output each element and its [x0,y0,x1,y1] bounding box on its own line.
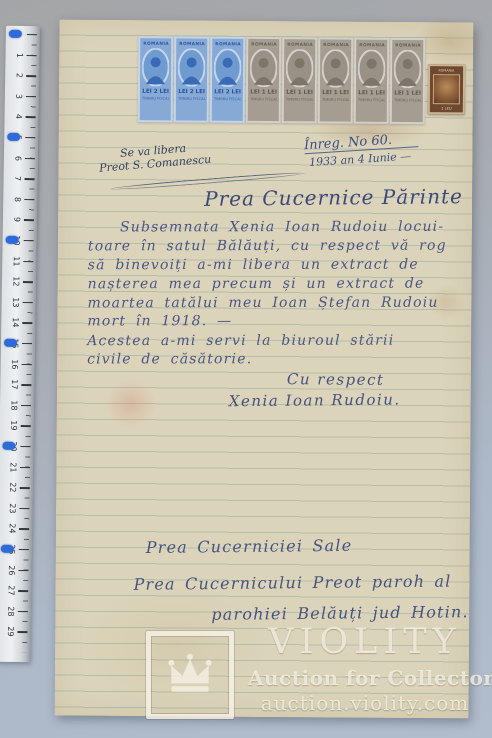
ruler-blue-marker [4,339,17,347]
stamp-country-label: ROMANIA [287,42,313,47]
portrait-icon [322,49,349,87]
watermark-brand: VIOLITY [248,623,482,662]
ruler-cm-tick [24,240,34,242]
stamp-value-label: LEI 2 LEI [214,88,241,95]
ruler-blue-marker [6,236,19,244]
stamp-value-label: LEI 1 LEI [286,89,313,96]
fiscal-stamp: ROMANIALEI 1 LEITIMBRU FISCAL [318,37,354,123]
ruler-number: 14 [11,317,20,329]
ruler-cm-tick [27,34,37,36]
body-line: nașterea mea precum și un extract de [88,276,425,293]
signature-flourish [110,171,305,192]
ruler-cm-tick [21,384,31,386]
stamp-value-label: LEI 2 LEI [178,88,205,95]
watermark-text: VIOLITY Auction for Collectors auction.v… [248,623,482,715]
ruler-cm-tick [25,137,35,139]
stamp-value-label: LEI 2 LEI [142,88,169,95]
ruler-number: 4 [14,111,23,123]
king-portrait-oval [322,49,349,87]
fiscal-stamp: ROMANIALEI 1 LEITIMBRU FISCAL [282,37,318,123]
ruler-number: 11 [12,255,21,267]
stamp-value-label: LEI 1 LEI [322,89,349,96]
ruler-number: 21 [8,461,17,473]
crown-icon [162,652,218,698]
ruler-cm-tick [26,116,36,118]
ruler-cm-tick [24,219,34,221]
clergy-approval-note: Se va libera Preot S. Comanescu [98,140,212,175]
ruler-number: 23 [8,502,17,514]
document-title: Prea Cucernice Părinte [204,184,463,211]
stamp-value-label: LEI 1 LEI [358,89,385,96]
portrait-icon [214,49,241,87]
ruler-cm-tick [25,158,35,160]
portrait-icon [250,49,277,87]
portrait-icon [394,50,421,88]
ruler-number: 16 [10,358,19,370]
body-line: Subsemnata Xenia Ioan Rudoiu locui- [120,219,444,236]
ruler-cm-tick [22,364,32,366]
fiscal-stamps-row: ROMANIALEI 2 LEITIMBRU FISCALROMANIALEI … [138,36,427,124]
ruler-number: 19 [9,420,18,432]
ruler-scale: 1234567891011121314151617181920212223242… [6,26,40,27]
ruler-cm-tick [26,75,36,77]
closing-salutation: Cu respect [287,370,385,389]
ruler-blue-marker [1,545,14,553]
ruler-cm-tick [19,528,29,530]
portrait-icon [142,48,169,86]
ruler-cm-tick [20,487,30,489]
ruler-number: 26 [7,564,16,576]
fiscal-stamp: ROMANIALEI 2 LEITIMBRU FISCAL [210,37,246,123]
address-line: parohiei Belăuți jud Hotin. [211,602,469,624]
watermark-tagline: Auction for Collectors [248,666,482,690]
ruler-number: 9 [12,214,21,226]
violity-logo-box [146,631,234,719]
fiscal-stamp: ROMANIALEI 2 LEITIMBRU FISCAL [174,36,210,122]
closing-signature: Xenia Ioan Rudoiu. [229,390,401,410]
ruler-cm-tick [23,281,33,283]
fiscal-stamp: ROMANIALEI 1 LEITIMBRU FISCAL [354,38,390,124]
ruler-number: 18 [9,399,18,411]
portrait-icon [358,50,385,88]
ruler-cm-tick [18,611,28,613]
body-line: civile de căsătorie. [87,351,252,367]
ruler-number: 8 [13,193,22,205]
document-body: Subsemnata Xenia Ioan Rudoiu locui-toare… [59,20,473,23]
address-line: Prea Cucernicului Preot paroh al [133,572,451,594]
ruler-cm-tick [17,631,27,633]
address-line: Prea Cucerniciei Sale [146,536,353,557]
postage-stamp-value: 1 LEU [441,107,451,111]
postage-stamp: ROMANIA 1 LEU [428,64,465,114]
ruler-number: 29 [6,626,15,638]
ruler-cm-tick [23,302,33,304]
ruler-number: 27 [7,585,16,597]
clergy-note-signature: Preot S. Comanescu [99,153,212,175]
ruler-number: 22 [8,482,17,494]
ruler-cm-tick [20,446,30,448]
aviator-portrait-image [433,74,460,104]
ruler-cm-tick [23,261,33,263]
ruler-number: 6 [13,152,22,164]
ruler-number: 2 [15,70,24,82]
registry-note: Înreg. No 60. 1933 an 4 Iunie — [304,131,420,169]
stamp-caption-label: TIMBRU FISCAL [358,98,386,102]
fiscal-stamp: ROMANIALEI 1 LEITIMBRU FISCAL [390,38,426,124]
body-line: mort în 1918. — [87,313,232,329]
ruler-blue-marker [2,442,15,450]
body-line: moartea tatălui meu Ioan Ștefan Rudoiu [87,295,438,312]
stamp-country-label: ROMANIA [179,41,205,46]
stamp-country-label: ROMANIA [323,42,349,47]
body-line: Acestea a-mi servi la biuroul stării [87,333,394,350]
ruler-cm-tick [19,549,29,551]
stamp-caption-label: TIMBRU FISCAL [250,97,278,101]
stamp-caption-label: TIMBRU FISCAL [394,98,422,102]
auction-photo: ROMANIALEI 2 LEITIMBRU FISCALROMANIALEI … [0,0,492,738]
ruler-number: 3 [14,90,23,102]
ruler-blue-marker [9,30,22,38]
stamp-value-label: LEI 1 LEI [250,89,277,96]
king-portrait-oval [250,49,277,87]
ruler-cm-tick [24,199,34,201]
ruler-cm-tick [21,405,31,407]
ruler-cm-tick [20,467,30,469]
ruler-cm-tick [25,178,35,180]
stamp-caption-label: TIMBRU FISCAL [322,98,350,102]
measuring-ruler: 1234567891011121314151617181920212223242… [0,26,40,662]
stamp-country-label: ROMANIA [395,43,421,48]
ruler-cm-tick [27,55,37,57]
ruler-cm-tick [26,96,36,98]
registry-date: 1933 an 4 Iunie — [309,149,420,169]
ruler-cm-tick [22,322,32,324]
ruler-number: 17 [10,379,19,391]
portrait-icon [178,48,205,86]
king-portrait-oval [286,49,313,87]
stamp-country-label: ROMANIA [359,43,385,48]
stamp-caption-label: TIMBRU FISCAL [178,97,206,101]
stamp-caption-label: TIMBRU FISCAL [214,97,242,101]
postage-stamp-country: ROMANIA [439,69,455,73]
ruler-cm-tick [22,343,32,345]
ruler-number: 1 [15,49,24,61]
body-line: toare în satul Bălăuți, cu respect vă ro… [88,238,447,255]
ruler-cm-tick [19,508,29,510]
registry-number: Înreg. No 60. [304,131,419,154]
king-portrait-oval [178,48,205,86]
watermark-url: auction.violity.com [248,691,482,715]
ruler-number: 24 [8,523,17,535]
stamp-caption-label: TIMBRU FISCAL [142,97,170,101]
king-portrait-oval [394,50,421,88]
ruler-blue-marker [7,133,20,141]
stamp-caption-label: TIMBRU FISCAL [286,98,314,102]
ruler-cm-tick [18,570,28,572]
paper-stain [105,380,157,428]
ruler-cm-tick [18,590,28,592]
ruler-number: 12 [11,276,20,288]
document-paper: ROMANIALEI 2 LEITIMBRU FISCALROMANIALEI … [55,20,474,719]
stamp-value-label: LEI 1 LEI [394,90,421,97]
ruler-number: 28 [6,605,15,617]
fiscal-stamp: ROMANIALEI 1 LEITIMBRU FISCAL [246,37,282,123]
king-portrait-oval [142,48,169,86]
address-block: Prea Cucerniciei SalePrea Cucernicului P… [59,20,473,23]
body-line: să binevoiți a-mi libera un extract de [88,257,419,274]
stamp-country-label: ROMANIA [143,41,169,46]
clergy-note-line1: Se va libera [120,140,211,160]
fiscal-stamp: ROMANIALEI 2 LEITIMBRU FISCAL [138,36,174,122]
stamp-country-label: ROMANIA [251,42,277,47]
portrait-icon [286,49,313,87]
king-portrait-oval [358,50,385,88]
ruler-number: 7 [13,173,22,185]
ruler-number: 13 [11,296,20,308]
ruler-cm-tick [21,425,31,427]
stamp-country-label: ROMANIA [215,42,241,47]
king-portrait-oval [214,49,241,87]
paper-stain [425,284,465,320]
